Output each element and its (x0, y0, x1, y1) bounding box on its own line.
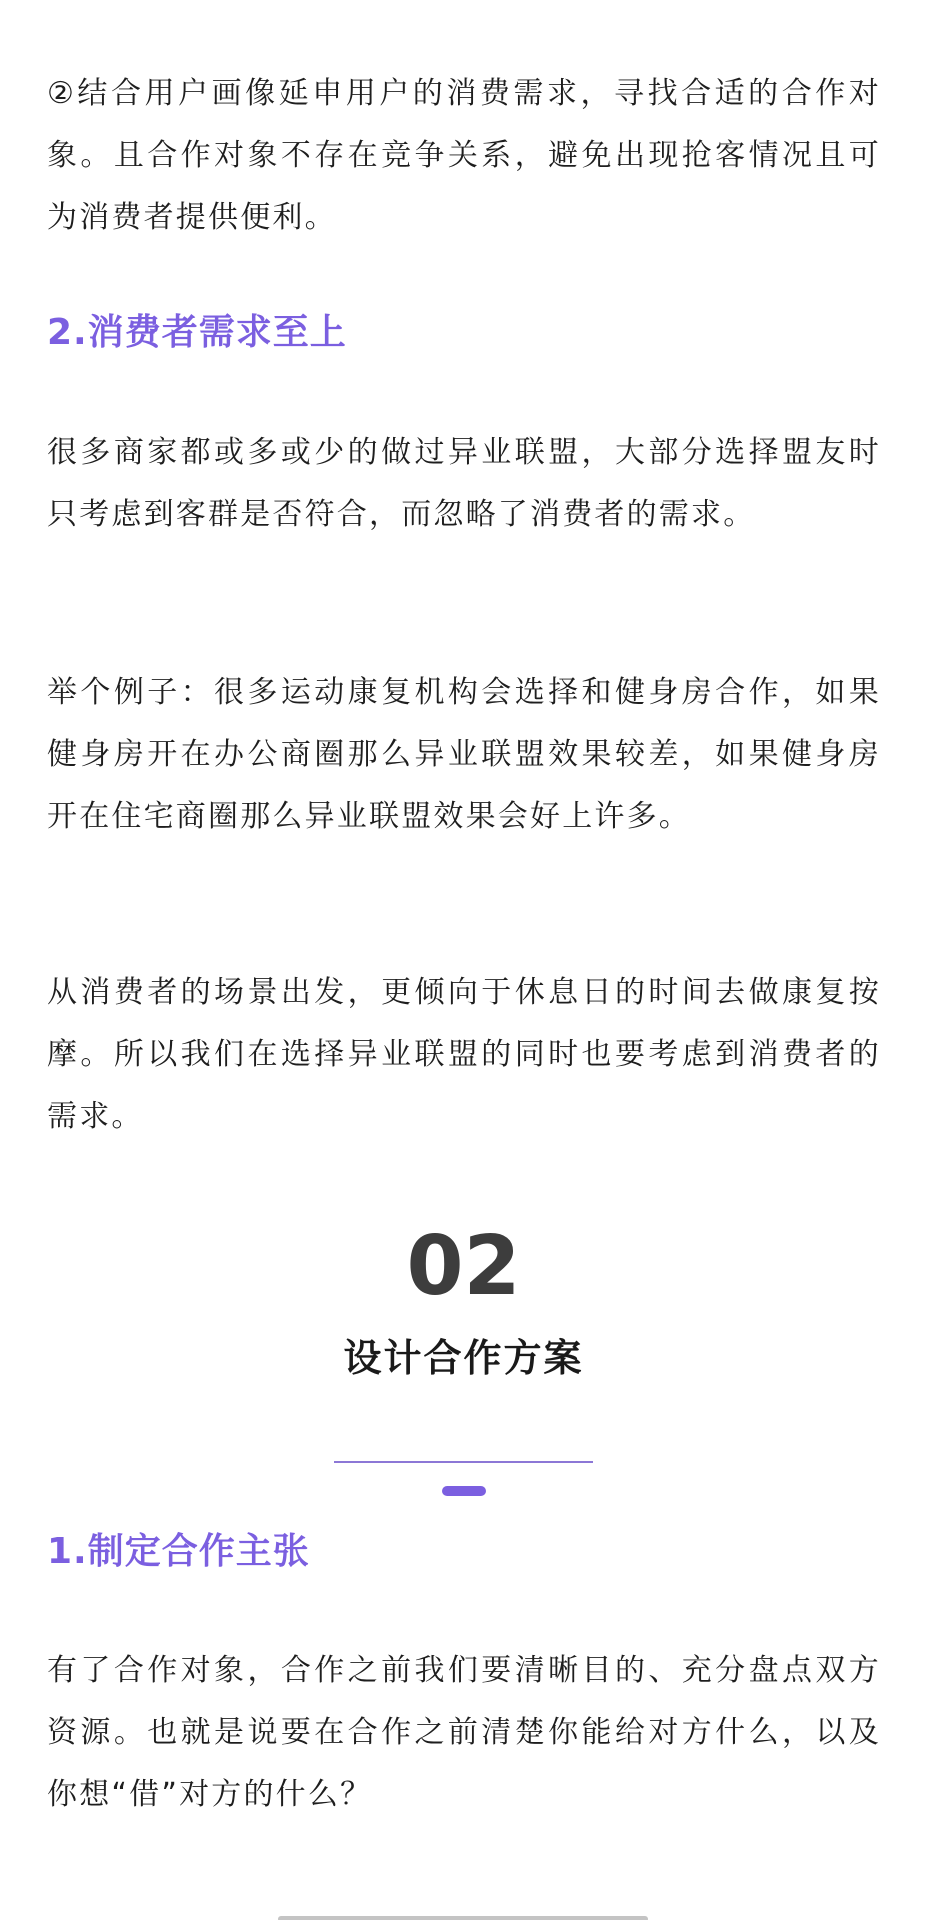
section-divider-line (334, 1461, 593, 1463)
paragraph-alliance-neglect: 很多商家都或多或少的做过异业联盟，大部分选择盟友时只考虑到客群是否符合，而忽略了… (47, 422, 881, 546)
paragraph-cooperation-resources: 有了合作对象，合作之前我们要清晰目的、充分盘点双方资源。也就是说要在合作之前清楚… (47, 1640, 881, 1826)
section-title: 设计合作方案 (0, 1333, 927, 1383)
subheading-cooperation-proposal: 1.制定合作主张 (47, 1527, 310, 1577)
subheading-consumer-needs-first: 2.消费者需求至上 (47, 308, 347, 358)
section-number: 02 (0, 1222, 927, 1312)
paragraph-example-gym: 举个例子：很多运动康复机构会选择和健身房合作，如果健身房开在办公商圈那么异业联盟… (47, 662, 881, 848)
section-divider-pill (442, 1486, 486, 1496)
bottom-scroll-indicator[interactable] (278, 1916, 648, 1920)
paragraph-consumer-scenario: 从消费者的场景出发，更倾向于休息日的时间去做康复按摩。所以我们在选择异业联盟的同… (47, 962, 881, 1148)
intro-paragraph: ②结合用户画像延申用户的消费需求，寻找合适的合作对象。且合作对象不存在竞争关系，… (47, 63, 881, 249)
